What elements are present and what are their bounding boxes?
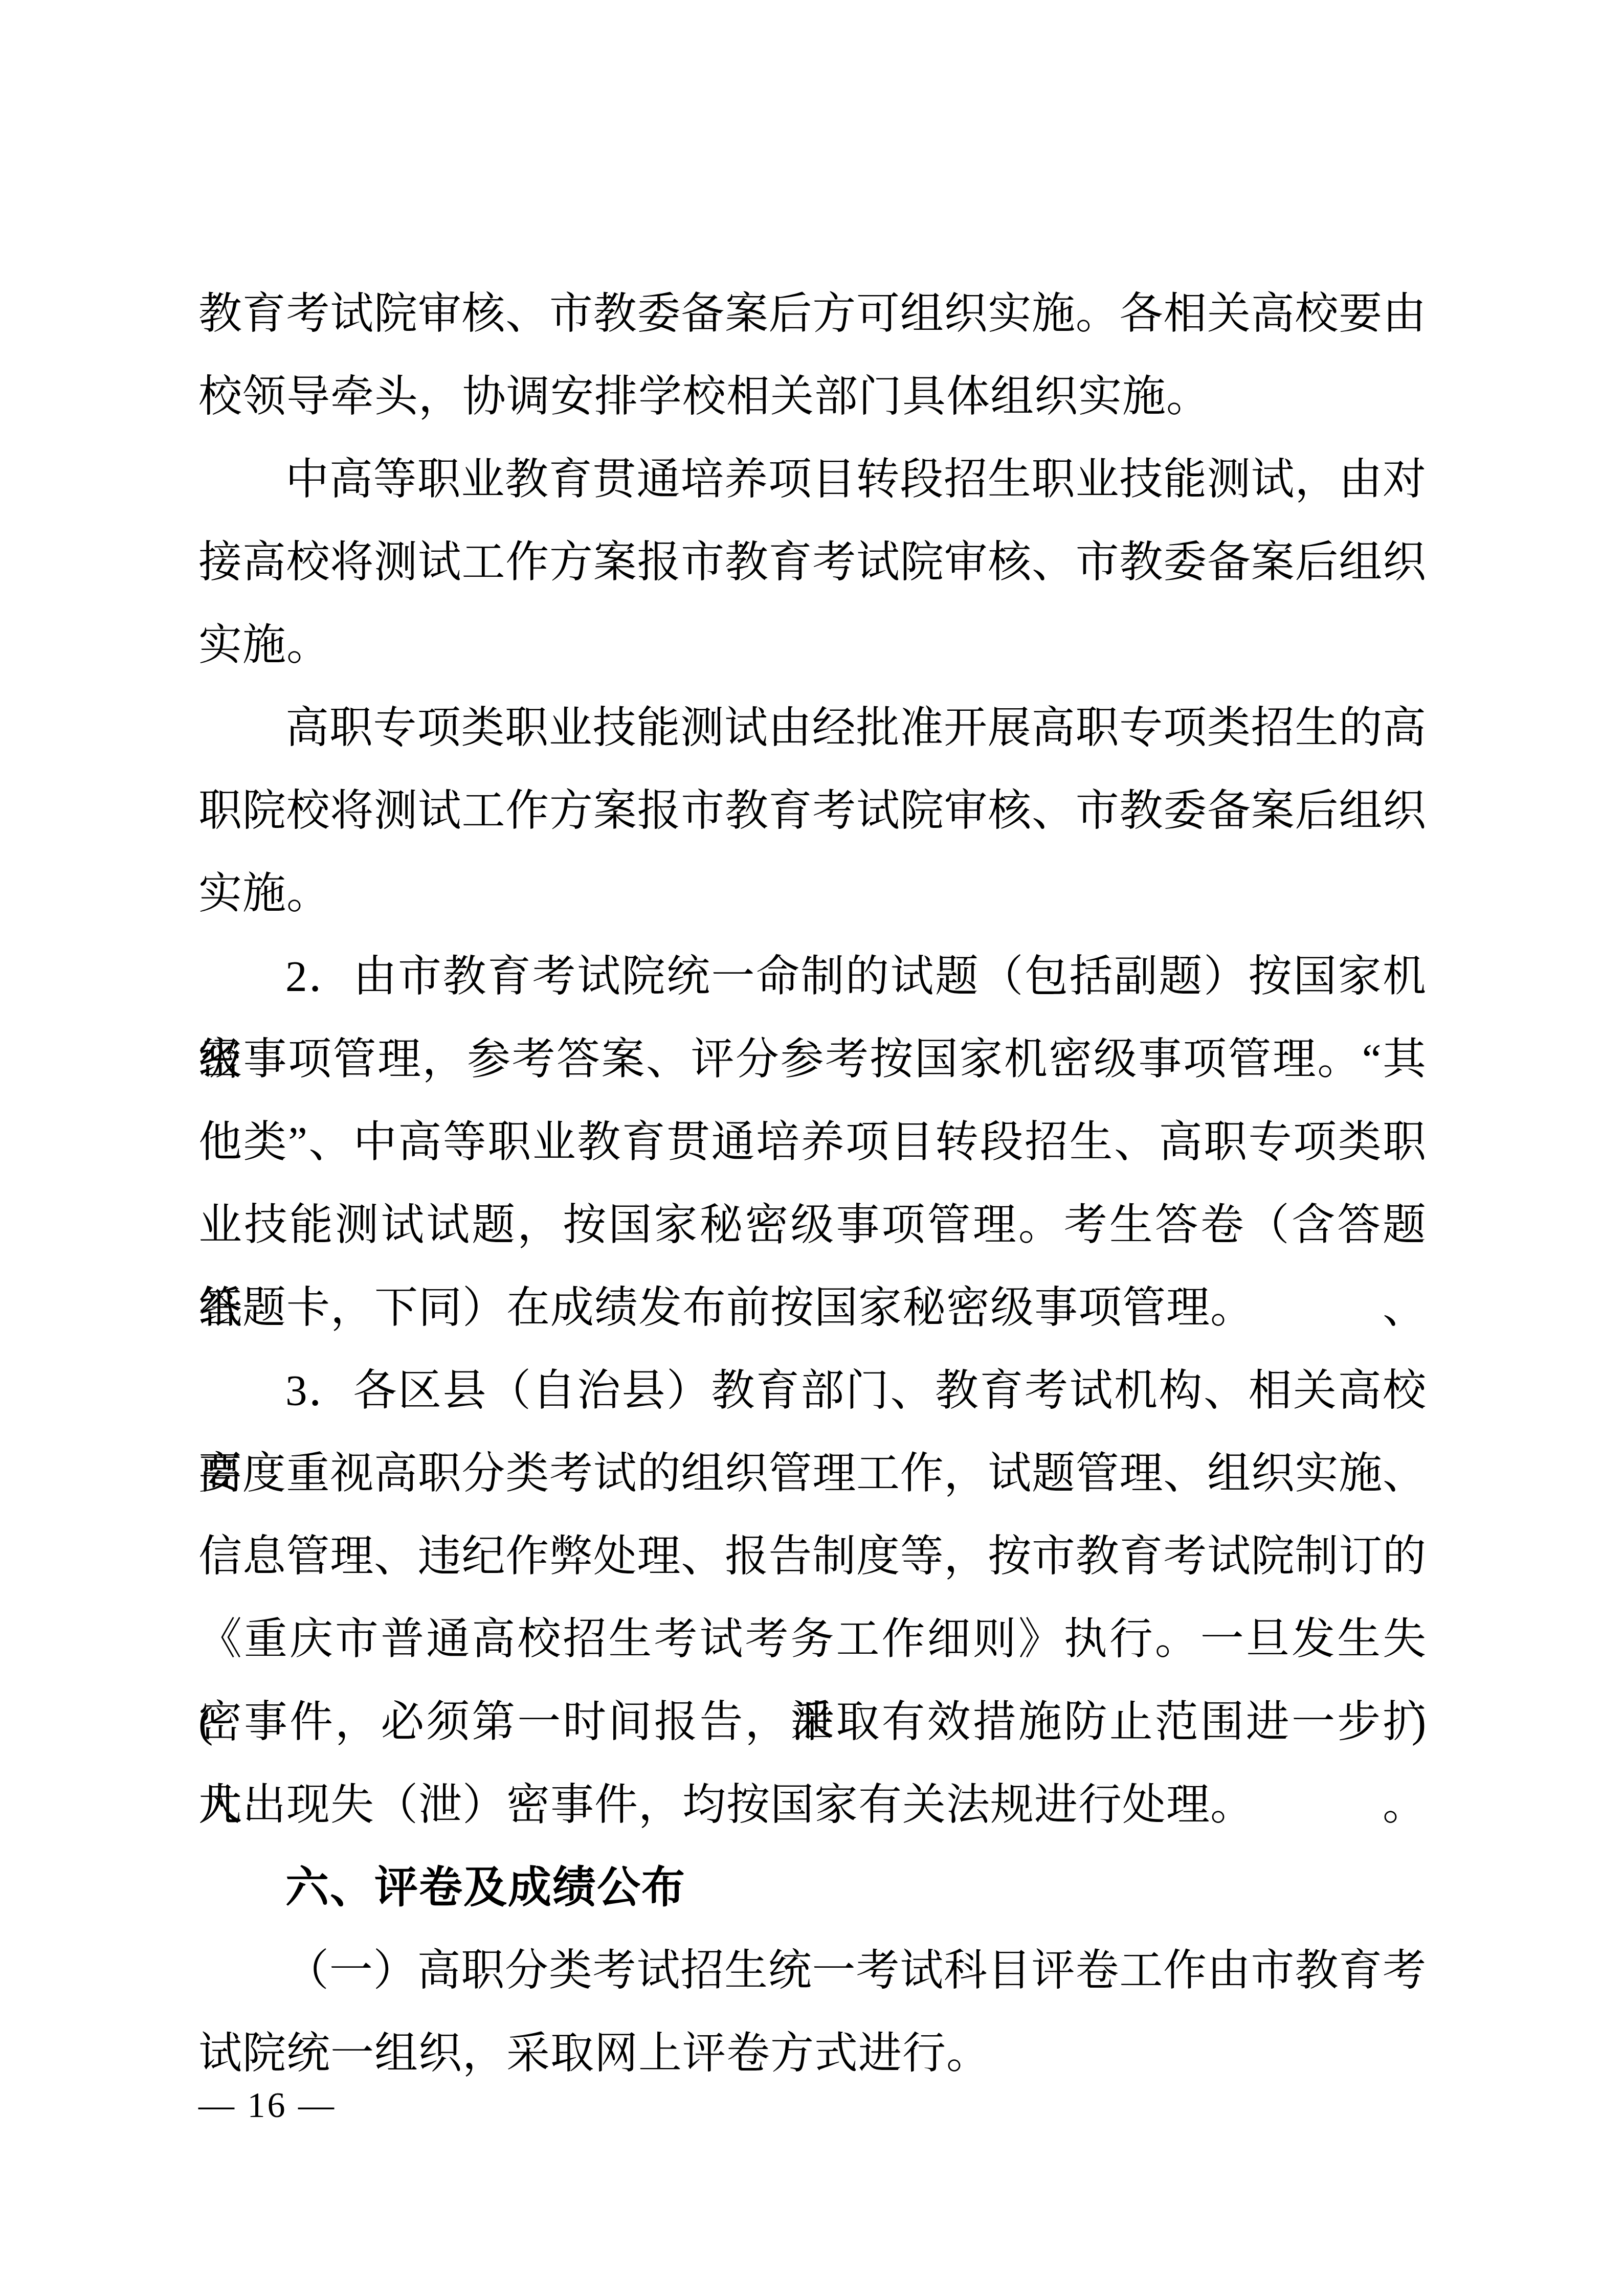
body-line: 实施。 [198,852,1426,935]
body-line: （一）高职分类考试招生统一考试科目评卷工作由市教育考 [198,1929,1426,2012]
document-page: 教育考试院审核、市教委备案后方可组织实施。各相关高校要由 校领导牵头，协调安排学… [0,0,1624,2296]
body-line: 教育考试院审核、市教委备案后方可组织实施。各相关高校要由 [198,273,1426,355]
body-line: 校领导牵头，协调安排学校相关部门具体组织实施。 [198,355,1426,438]
body-line: 密事件，必须第一时间报告，采取有效措施防止范围进一步扩大。 [198,1681,1426,1764]
body-line: 中高等职业教育贯通培养项目转段招生职业技能测试，由对 [198,438,1426,521]
body-line: 试院统一组织，采取网上评卷方式进行。 [198,2012,1426,2095]
body-line: 实施。 [198,604,1426,687]
body-line: 他类”、中高等职业教育贯通培养项目转段招生、高职专项类职 [198,1101,1426,1184]
body-line: 高职专项类职业技能测试由经批准开展高职专项类招生的高 [198,687,1426,770]
body-line: 《重庆市普通高校招生考试考务工作细则》执行。一旦发生失(泄) [198,1598,1426,1681]
body-line: 信息管理、违纪作弊处理、报告制度等，按市教育考试院制订的 [198,1515,1426,1598]
body-line: 3．各区县（自治县）教育部门、教育考试机构、相关高校要 [198,1349,1426,1432]
body-line: 2．由市教育考试院统一命制的试题（包括副题）按国家机密 [198,935,1426,1018]
section-heading: 六、评卷及成绩公布 [198,1847,1426,1929]
body-line: 职院校将测试工作方案报市教育考试院审核、市教委备案后组织 [198,770,1426,852]
body-line: 凡出现失（泄）密事件，均按国家有关法规进行处理。 [198,1764,1426,1847]
page-number: — 16 — [198,2085,336,2126]
body-line: 高度重视高职分类考试的组织管理工作，试题管理、组织实施、 [198,1432,1426,1515]
body-line: 级事项管理，参考答案、评分参考按国家机密级事项管理。“其 [198,1018,1426,1101]
body-line: 接高校将测试工作方案报市教育考试院审核、市教委备案后组织 [198,521,1426,604]
body-line: 业技能测试试题，按国家秘密级事项管理。考生答卷（含答题纸、 [198,1184,1426,1267]
body-line: 答题卡，下同）在成绩发布前按国家秘密级事项管理。 [198,1267,1426,1349]
